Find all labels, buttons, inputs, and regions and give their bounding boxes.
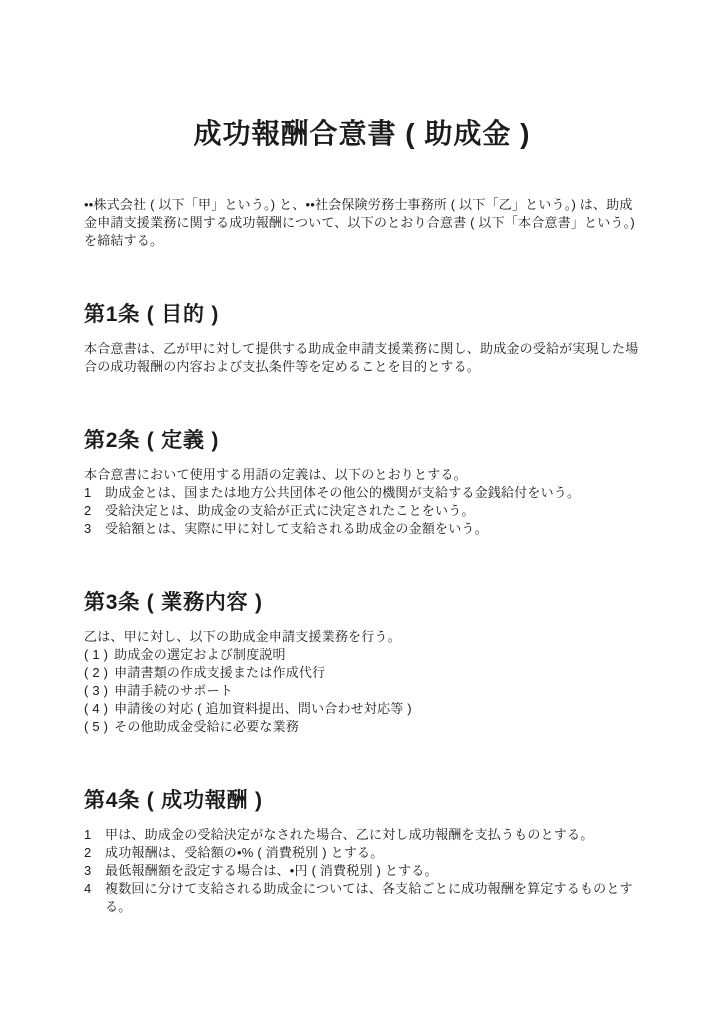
contract-document-page: 成功報酬合意書 ( 助成金 ) ••株式会社 ( 以下「甲」という。) と、••…: [0, 0, 724, 1024]
clause-item-number: 2: [84, 502, 105, 520]
clause-item-text: 成功報酬は、受給額の•% ( 消費税別 ) とする。: [105, 844, 383, 862]
clause-item-text: 複数回に分けて支給される助成金については、各支給ごとに成功報酬を算定するものとす…: [105, 880, 640, 916]
clause-item-text: 助成金の選定および制度説明: [114, 646, 286, 664]
clause-item: 3 最低報酬額を設定する場合は、•円 ( 消費税別 ) とする。: [84, 862, 640, 880]
clause-item-number: 2: [84, 844, 105, 862]
clause-item: ( 4 ) 申請後の対応 ( 追加資料提出、問い合わせ対応等 ): [84, 700, 640, 718]
clause-item-text: 申請書類の作成支援または作成代行: [114, 664, 325, 682]
clause-item: 2 受給決定とは、助成金の支給が正式に決定されたことをいう。: [84, 502, 640, 520]
clause-item-number: ( 4 ): [84, 700, 108, 718]
clause-item-text: 申請手続のサポート: [114, 682, 233, 700]
article-3-section: 第3条 ( 業務内容 ) 乙は、甲に対し、以下の助成金申請支援業務を行う。 ( …: [84, 589, 640, 736]
clause-item-number: ( 2 ): [84, 664, 108, 682]
clause-item-number: ( 5 ): [84, 718, 108, 736]
clause-item: ( 3 ) 申請手続のサポート: [84, 682, 640, 700]
clause-item-text: 受給額とは、実際に甲に対して支給される助成金の金額をいう。: [105, 520, 488, 538]
article-1-section: 第1条 ( 目的 ) 本合意書は、乙が甲に対して提供する助成金申請支援業務に関し…: [84, 301, 640, 376]
clause-item: 3 受給額とは、実際に甲に対して支給される助成金の金額をいう。: [84, 520, 640, 538]
clause-item: 4 複数回に分けて支給される助成金については、各支給ごとに成功報酬を算定するもの…: [84, 880, 640, 916]
clause-item-number: 1: [84, 826, 105, 844]
article-2-items: 1 助成金とは、国または地方公共団体その他公的機関が支給する金銭給付をいう。 2…: [84, 484, 640, 538]
clause-item: ( 5 ) その他助成金受給に必要な業務: [84, 718, 640, 736]
clause-item-number: 3: [84, 862, 105, 880]
clause-item: 1 甲は、助成金の受給決定がなされた場合、乙に対し成功報酬を支払うものとする。: [84, 826, 640, 844]
clause-item: 1 助成金とは、国または地方公共団体その他公的機関が支給する金銭給付をいう。: [84, 484, 640, 502]
clause-item: 2 成功報酬は、受給額の•% ( 消費税別 ) とする。: [84, 844, 640, 862]
article-3-lead: 乙は、甲に対し、以下の助成金申請支援業務を行う。: [84, 628, 640, 646]
article-4-items: 1 甲は、助成金の受給決定がなされた場合、乙に対し成功報酬を支払うものとする。 …: [84, 826, 640, 916]
clause-item-number: ( 3 ): [84, 682, 108, 700]
article-3-items: ( 1 ) 助成金の選定および制度説明 ( 2 ) 申請書類の作成支援または作成…: [84, 646, 640, 736]
intro-paragraph: ••株式会社 ( 以下「甲」という。) と、••社会保険労務士事務所 ( 以下「…: [84, 196, 640, 250]
clause-item-text: 助成金とは、国または地方公共団体その他公的機関が支給する金銭給付をいう。: [105, 484, 580, 502]
article-4-section: 第4条 ( 成功報酬 ) 1 甲は、助成金の受給決定がなされた場合、乙に対し成功…: [84, 787, 640, 916]
article-3-heading: 第3条 ( 業務内容 ): [84, 589, 640, 617]
article-2-lead: 本合意書において使用する用語の定義は、以下のとおりとする。: [84, 466, 640, 484]
clause-item-number: ( 1 ): [84, 646, 108, 664]
clause-item-number: 1: [84, 484, 105, 502]
article-2-heading: 第2条 ( 定義 ): [84, 427, 640, 455]
clause-item-text: 申請後の対応 ( 追加資料提出、問い合わせ対応等 ): [114, 700, 412, 718]
clause-item: ( 1 ) 助成金の選定および制度説明: [84, 646, 640, 664]
clause-item-text: 受給決定とは、助成金の支給が正式に決定されたことをいう。: [105, 502, 475, 520]
clause-item-text: 甲は、助成金の受給決定がなされた場合、乙に対し成功報酬を支払うものとする。: [105, 826, 593, 844]
article-2-section: 第2条 ( 定義 ) 本合意書において使用する用語の定義は、以下のとおりとする。…: [84, 427, 640, 538]
clause-item-text: その他助成金受給に必要な業務: [114, 718, 299, 736]
clause-item-text: 最低報酬額を設定する場合は、•円 ( 消費税別 ) とする。: [105, 862, 438, 880]
article-1-body: 本合意書は、乙が甲に対して提供する助成金申請支援業務に関し、助成金の受給が実現し…: [84, 340, 640, 376]
clause-item-number: 4: [84, 880, 105, 916]
article-1-heading: 第1条 ( 目的 ): [84, 301, 640, 329]
article-4-heading: 第4条 ( 成功報酬 ): [84, 787, 640, 815]
document-title: 成功報酬合意書 ( 助成金 ): [84, 116, 640, 152]
clause-item-number: 3: [84, 520, 105, 538]
clause-item: ( 2 ) 申請書類の作成支援または作成代行: [84, 664, 640, 682]
